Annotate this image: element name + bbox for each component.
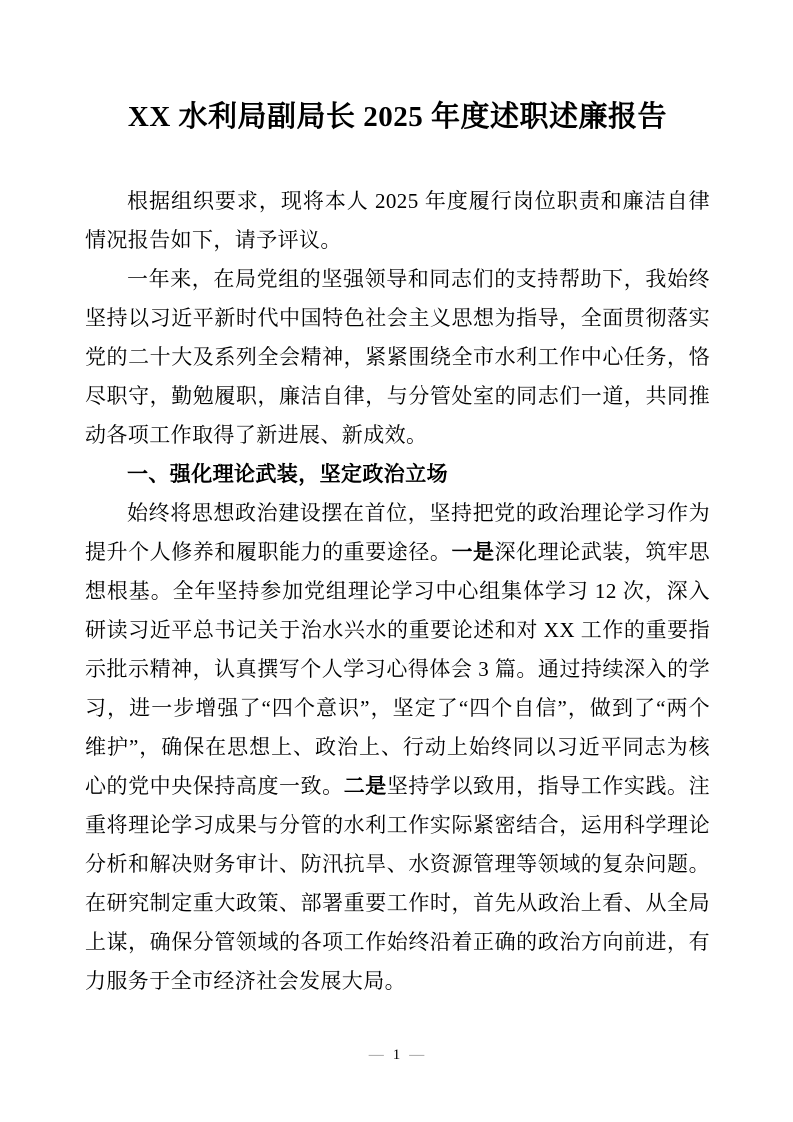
footer-dash-left: — [369,1047,384,1063]
section1-bold-marker-2: 二是 [344,774,387,798]
document-page: XX 水利局副局长 2025 年度述职述廉报告 根据组织要求，现将本人 2025… [0,0,793,1122]
footer-dash-right: — [409,1047,424,1063]
paragraph-overview: 一年来，在局党组的坚强领导和同志们的支持帮助下，我始终坚持以习近平新时代中国特色… [85,260,710,455]
section-heading-1: 一、强化理论武装，坚定政治立场 [85,455,710,494]
page-number: 1 [393,1047,401,1063]
document-title: XX 水利局副局长 2025 年度述职述廉报告 [85,97,710,137]
paragraph-intro-text: 根据组织要求，现将本人 2025 年度履行岗位职责和廉洁自律情况报告如下，请予评… [85,189,710,252]
section1-bold-marker-1: 一是 [451,540,494,564]
section1-text-tail: 坚持学以致用，指导工作实践。注重将理论学习成果与分管的水利工作实际紧密结合，运用… [85,774,710,993]
paragraph-intro: 根据组织要求，现将本人 2025 年度履行岗位职责和廉洁自律情况报告如下，请予评… [85,182,710,260]
paragraph-section1-body: 始终将思想政治建设摆在首位，坚持把党的政治理论学习作为提升个人修养和履职能力的重… [85,494,710,1001]
section1-text-middle: 深化理论武装，筑牢思想根基。全年坚持参加党组理论学习中心组集体学习 12 次，深… [85,540,710,798]
paragraph-overview-text: 一年来，在局党组的坚强领导和同志们的支持帮助下，我始终坚持以习近平新时代中国特色… [85,267,710,447]
page-footer: —1— [0,1046,793,1064]
